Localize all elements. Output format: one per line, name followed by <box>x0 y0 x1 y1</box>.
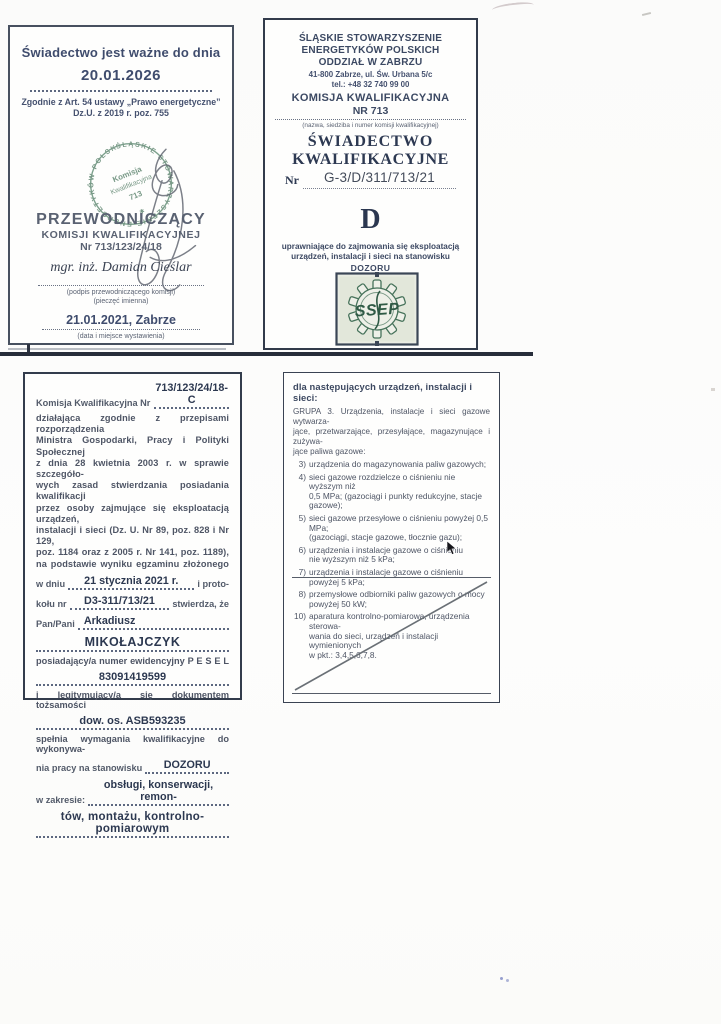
work-scope-value-line2: tów, montażu, kontrolno-pomiarowym <box>36 811 229 838</box>
item-line: sieci gazowe przesyłowe o ciśnieniu powy… <box>309 514 490 533</box>
commission-number-value: 713/123/24/18-C <box>154 382 229 409</box>
item-line: urządzenia do magazynowania paliw gazowy… <box>309 460 490 470</box>
legal-paragraph: działająca zgodnie z przepisami rozporzą… <box>36 413 229 570</box>
paragraph-line: wych zasad stwierdzania posiadania kwali… <box>36 480 229 502</box>
signature-caption: (podpis przewodniczącego komisji) <box>10 289 232 296</box>
group-line: jące, przetwarzające, przesyłające, maga… <box>293 427 490 447</box>
org-phone: tel.: +48 32 740 99 00 <box>265 80 476 89</box>
group-line: GRUPA 3. Urządzenia, instalacje i sieci … <box>293 407 490 427</box>
commission-number: NR 713 <box>265 105 476 117</box>
scope-item-3: 3) urządzenia do magazynowania paliw gaz… <box>293 460 490 470</box>
scan-smudge <box>492 0 535 14</box>
scan-smudge <box>711 388 715 391</box>
commission-number-row: Komisja Kwalifikacyjna Nr 713/123/24/18-… <box>36 382 229 409</box>
horizontal-separator-line <box>0 352 533 356</box>
item-line: nie wyższym niż 5 kPa; <box>309 555 490 565</box>
grant-line1: uprawniające do zajmowania się eksploata… <box>265 242 476 251</box>
dotted-rule <box>303 188 456 189</box>
dotted-rule <box>275 119 466 120</box>
certificate-title-line2: KWALIFIKACYJNE <box>265 151 476 169</box>
item-number: 4) <box>293 473 309 511</box>
scan-ink-dots <box>500 977 503 980</box>
commission-name: KOMISJA KWALIFIKACYJNA <box>265 92 476 104</box>
certificate-panel: ŚLĄSKIE STOWARZYSZENIE ENERGETYKÓW POLSK… <box>263 18 478 350</box>
issue-caption: (data i miejsce wystawienia) <box>10 333 232 340</box>
validity-title: Świadectwo jest ważne do dnia <box>10 45 232 60</box>
pesel-value: 83091419599 <box>36 671 229 686</box>
protocol-row: kołu nr D3-311/713/21 stwierdza, że <box>36 595 229 610</box>
org-branch: ODDZIAŁ W ZABRZU <box>265 57 476 68</box>
item-line: (gazociągi, stacje gazowe, tłocznie gazu… <box>309 533 490 543</box>
commission-panel: Komisja Kwalifikacyjna Nr 713/123/24/18-… <box>23 372 242 700</box>
work-scope-label: w zakresie: <box>36 795 88 806</box>
exam-date-suffix: i proto- <box>194 579 229 590</box>
mouse-cursor-icon <box>446 541 457 556</box>
exam-date-row: w dniu 21 stycznia 2021 r. i proto- <box>36 575 229 590</box>
certificate-nr-label: Nr <box>285 173 299 188</box>
work-scope-value-line1: obsługi, konserwacji, remon- <box>88 779 229 806</box>
work-scope-row: w zakresie: obsługi, konserwacji, remon- <box>36 779 229 806</box>
legal-basis-line1: Zgodnie z Art. 54 ustawy „Prawo energety… <box>10 97 232 107</box>
commission-number-label: Komisja Kwalifikacyjna Nr <box>36 398 154 409</box>
item-number: 3) <box>293 460 309 470</box>
chairman-name: mgr. inż. Damian Cieślar <box>10 260 232 276</box>
scanned-certificate-page: Świadectwo jest ważne do dnia 20.01.2026… <box>0 0 721 1024</box>
group-line: jące paliwa gazowe: <box>293 447 490 457</box>
legal-basis-line2: Dz.U. z 2019 r. poz. 755 <box>10 108 232 118</box>
chairman-subtitle: KOMISJI KWALIFIKACYJNEJ <box>10 229 232 241</box>
paragraph-line: działająca zgodnie z przepisami rozporzą… <box>36 413 229 435</box>
chairman-commission-number: Nr 713/123/24/18 <box>10 241 232 253</box>
diagonal-void-strike <box>292 579 490 693</box>
item-number: 6) <box>293 546 309 565</box>
stamp-caption: (pieczęć imienna) <box>10 298 232 305</box>
exam-date-label: w dniu <box>36 579 68 590</box>
scope-item-6: 6) urządzenia i instalacje gazowe o ciśn… <box>293 546 490 565</box>
position-row: nia pracy na stanowisku DOZORU <box>36 759 229 774</box>
org-address: 41-800 Zabrze, ul. Św. Urbana 5/c <box>265 70 476 79</box>
dotted-rule <box>42 329 200 330</box>
valid-until-date: 20.01.2026 <box>10 67 232 84</box>
position-label: nia pracy na stanowisku <box>36 763 145 774</box>
first-name-label: Pan/Pani <box>36 619 78 630</box>
validity-panel: Świadectwo jest ważne do dnia 20.01.2026… <box>8 25 234 345</box>
first-name-value: Arkadiusz <box>78 615 229 630</box>
scope-item-4: 4) sieci gazowe rozdzielcze o ciśnieniu … <box>293 473 490 511</box>
first-name-row: Pan/Pani Arkadiusz <box>36 615 229 630</box>
ssep-gear-badge-icon: SSEP <box>335 272 419 346</box>
grant-line2: urządzeń, instalacji i sieci na stanowis… <box>265 252 476 261</box>
item-number: 5) <box>293 514 309 543</box>
paragraph-line: na podstawie wyniku egzaminu złożonego <box>36 559 229 570</box>
org-name-line1: ŚLĄSKIE STOWARZYSZENIE <box>265 33 476 44</box>
paragraph-line: poz. 1184 oraz z 2005 r. Nr 141, poz. 11… <box>36 547 229 558</box>
paragraph-line: z dnia 28 kwietnia 2003 r. w sprawie szc… <box>36 458 229 480</box>
dotted-rule <box>38 285 204 286</box>
scan-line-artifact <box>8 348 226 350</box>
dotted-rule <box>30 90 212 92</box>
paragraph-line: Ministra Gospodarki, Pracy i Polityki Sp… <box>36 435 229 457</box>
scope-panel: dla następujących urządzeń, instalacji i… <box>283 372 500 703</box>
paragraph-line: przez osoby zajmujące się eksploatacją u… <box>36 503 229 525</box>
org-caption: (nazwa, siedziba i numer komisji kwalifi… <box>265 122 476 129</box>
protocol-number: D3-311/713/21 <box>70 595 170 610</box>
position-value: DOZORU <box>145 759 229 774</box>
item-line: 0,5 MPa; (gazociągi i punkty redukcyjne,… <box>309 492 490 511</box>
requirements-line: spełnia wymagania kwalifikacyjne do wyko… <box>36 734 229 754</box>
id-document-label: i legitymujący/a się dokumentem tożsamoś… <box>36 690 229 710</box>
exam-date-value: 21 stycznia 2021 r. <box>68 575 194 590</box>
horizontal-rule <box>292 693 491 694</box>
category-letter: D <box>265 204 476 236</box>
scan-smudge <box>642 12 651 16</box>
group-3-paragraph: GRUPA 3. Urządzenia, instalacje i sieci … <box>293 407 490 457</box>
protocol-label: kołu nr <box>36 599 70 610</box>
issue-date-place: 21.01.2021, Zabrze <box>10 313 232 327</box>
pesel-label: posiadający/a numer ewidencyjny P E S E … <box>36 656 229 666</box>
paragraph-line: instalacji i sieci (Dz. U. Nr 89, poz. 8… <box>36 525 229 547</box>
certificate-number: G-3/D/311/713/21 <box>301 170 458 185</box>
surname-value: MIKOŁAJCZYK <box>36 635 229 652</box>
item-line: sieci gazowe rozdzielcze o ciśnieniu nie… <box>309 473 490 492</box>
org-name-line2: ENERGETYKÓW POLSKICH <box>265 45 476 56</box>
protocol-suffix: stwierdza, że <box>169 599 229 610</box>
chairman-title: PRZEWODNICZĄCY <box>10 211 232 229</box>
id-document-value: dow. os. ASB593235 <box>36 715 229 730</box>
horizontal-rule <box>292 577 491 578</box>
scope-header: dla następujących urządzeń, instalacji i… <box>293 381 490 403</box>
scope-item-5: 5) sieci gazowe przesyłowe o ciśnieniu p… <box>293 514 490 543</box>
certificate-title-line1: ŚWIADECTWO <box>265 133 476 151</box>
